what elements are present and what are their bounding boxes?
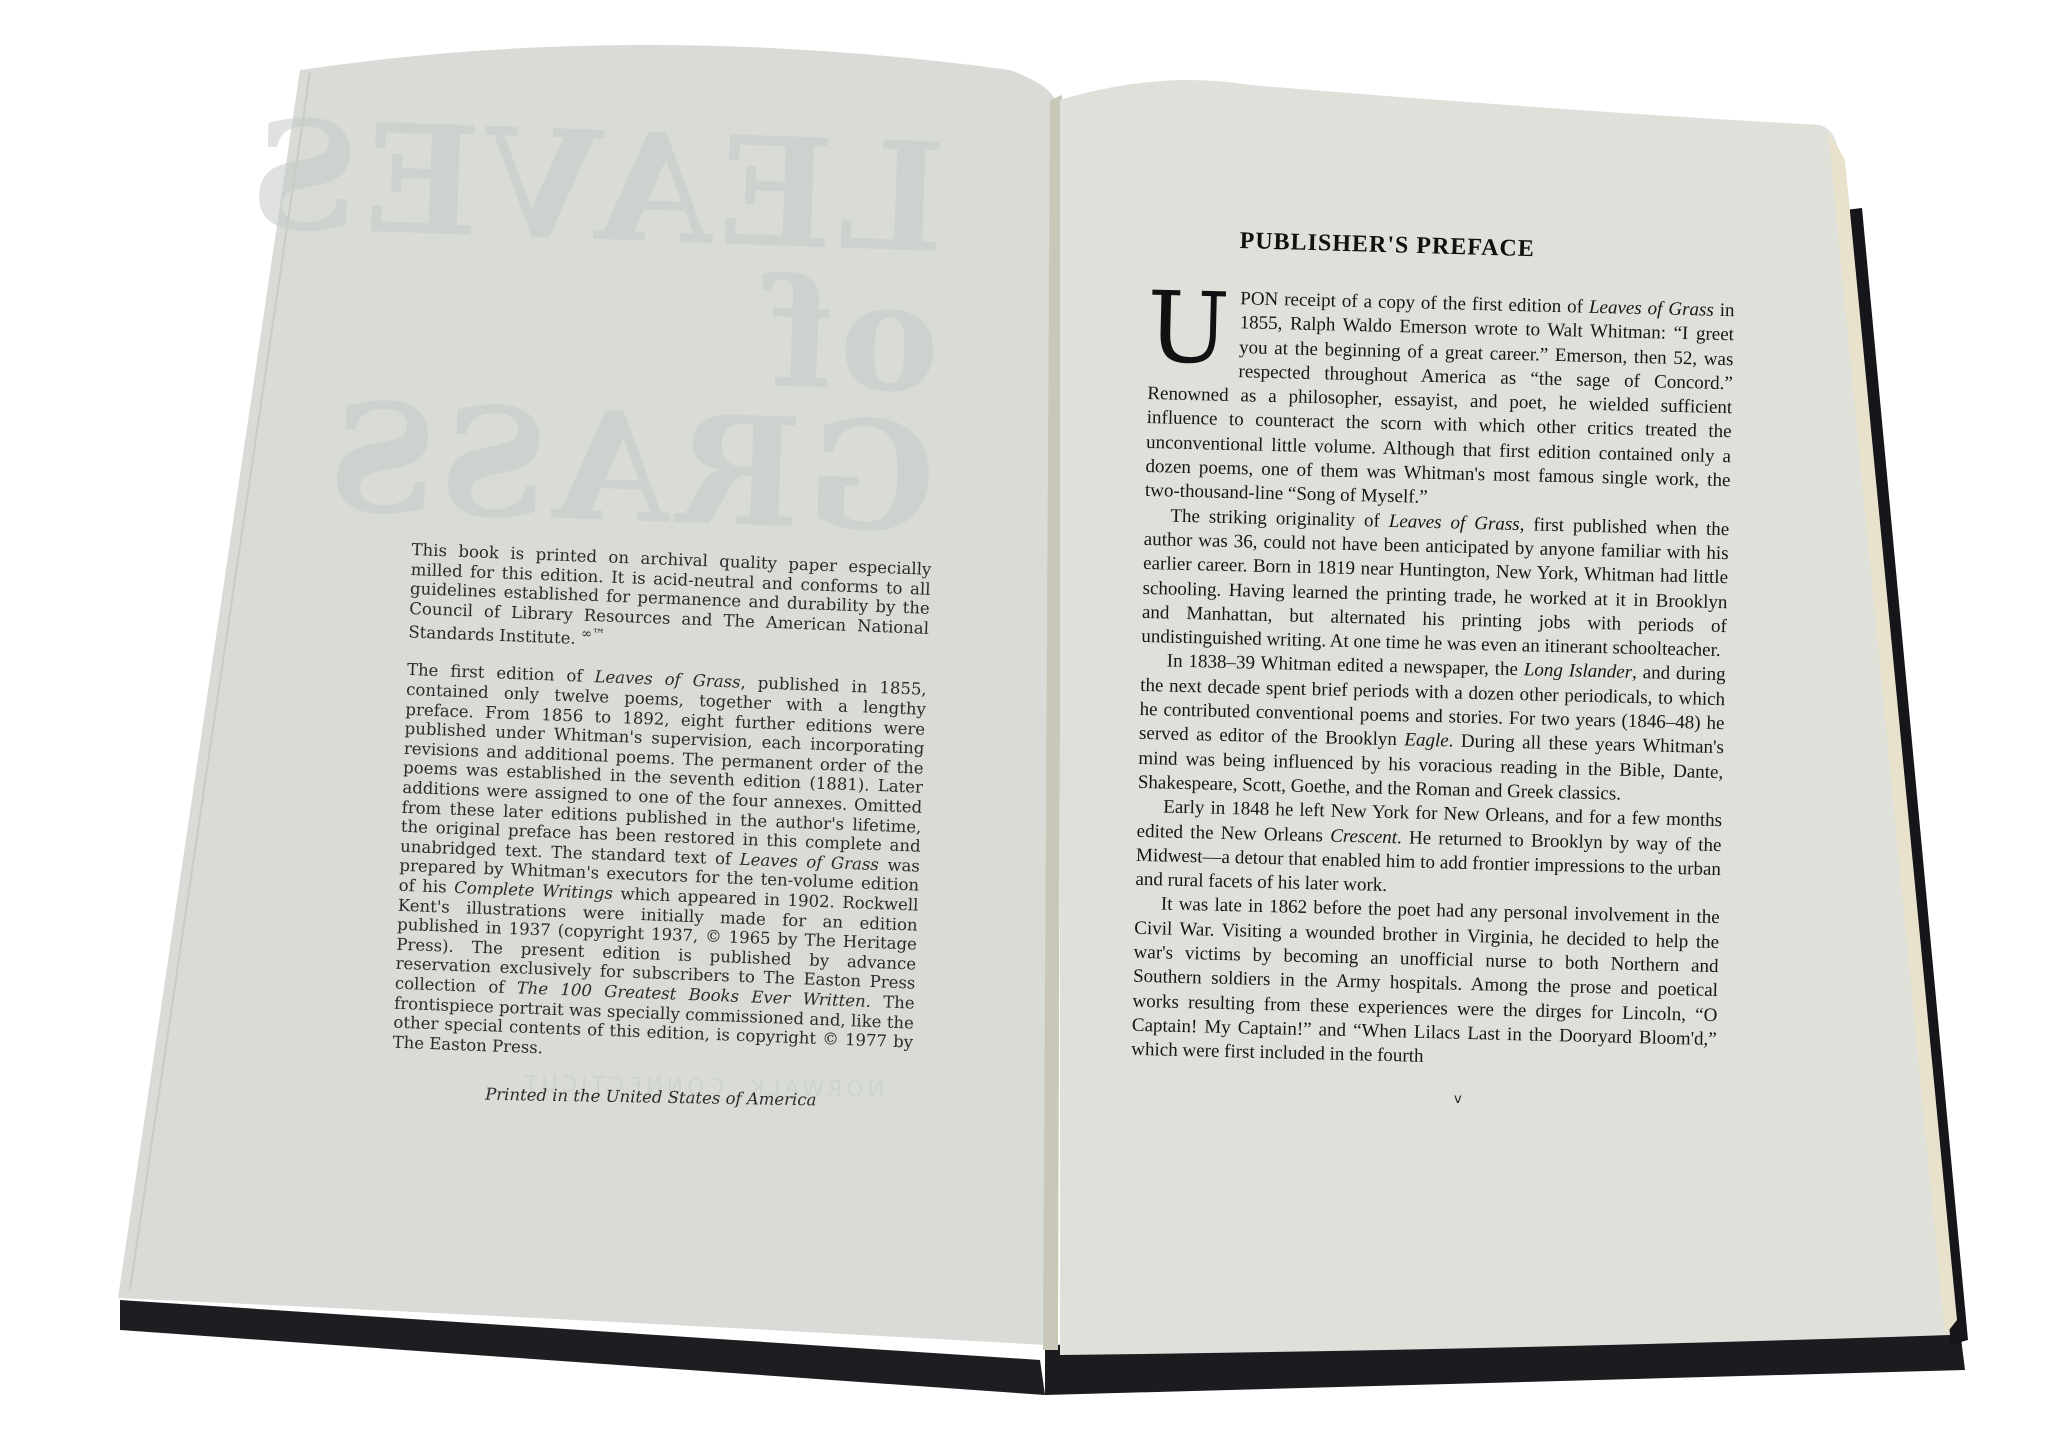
signature-mark: v bbox=[1454, 1092, 1462, 1107]
preface-paragraph: The striking originality of Leaves of Gr… bbox=[1141, 504, 1729, 664]
history-text: , published in 1855, contained only twel… bbox=[400, 673, 927, 868]
preface-paragraph: UPON receipt of a copy of the first edit… bbox=[1145, 285, 1735, 518]
open-book-illustration bbox=[0, 0, 2048, 1437]
preface-body: UPON receipt of a copy of the first edit… bbox=[1131, 285, 1735, 1077]
paragraph-text: , first published when the author was 36… bbox=[1141, 514, 1729, 661]
paragraph-text: The striking originality of bbox=[1170, 505, 1389, 531]
edition-history: The first edition of Leaves of Grass, pu… bbox=[392, 660, 927, 1072]
archival-paper-symbol-icon: ∞™ bbox=[581, 627, 605, 643]
drop-cap: U bbox=[1146, 289, 1230, 369]
paragraph-text: in 1855, Ralph Waldo Emerson wrote to Wa… bbox=[1145, 300, 1735, 508]
paper-notice-text: This book is printed on archival quality… bbox=[408, 540, 932, 648]
paper-notice: This book is printed on archival quality… bbox=[408, 540, 932, 662]
preface-paragraph: It was late in 1862 before the poet had … bbox=[1131, 892, 1720, 1076]
paragraph-text: It was late in 1862 before the poet had … bbox=[1131, 894, 1720, 1067]
history-text: which appeared in 1902. Rockwell Kent's … bbox=[395, 884, 919, 997]
book-title: Leaves of Grass bbox=[1589, 297, 1714, 321]
newspaper-title: Eagle bbox=[1404, 730, 1449, 752]
preface-paragraph: In 1838–39 Whitman edited a newspaper, t… bbox=[1138, 649, 1726, 809]
photo-scene: LEAVES of GRASS NORWALK, CONNECTICUT Thi… bbox=[0, 0, 2048, 1437]
newspaper-title: Long Islander bbox=[1524, 660, 1633, 684]
printed-in-notice: Printed in the United States of America bbox=[391, 1083, 911, 1112]
copyright-page-text: This book is printed on archival quality… bbox=[390, 540, 932, 1135]
book-title: Leaves of Grass bbox=[1389, 511, 1520, 535]
newspaper-title: Crescent bbox=[1330, 825, 1397, 848]
preface-paragraph: Early in 1848 he left New York for New O… bbox=[1135, 795, 1722, 906]
